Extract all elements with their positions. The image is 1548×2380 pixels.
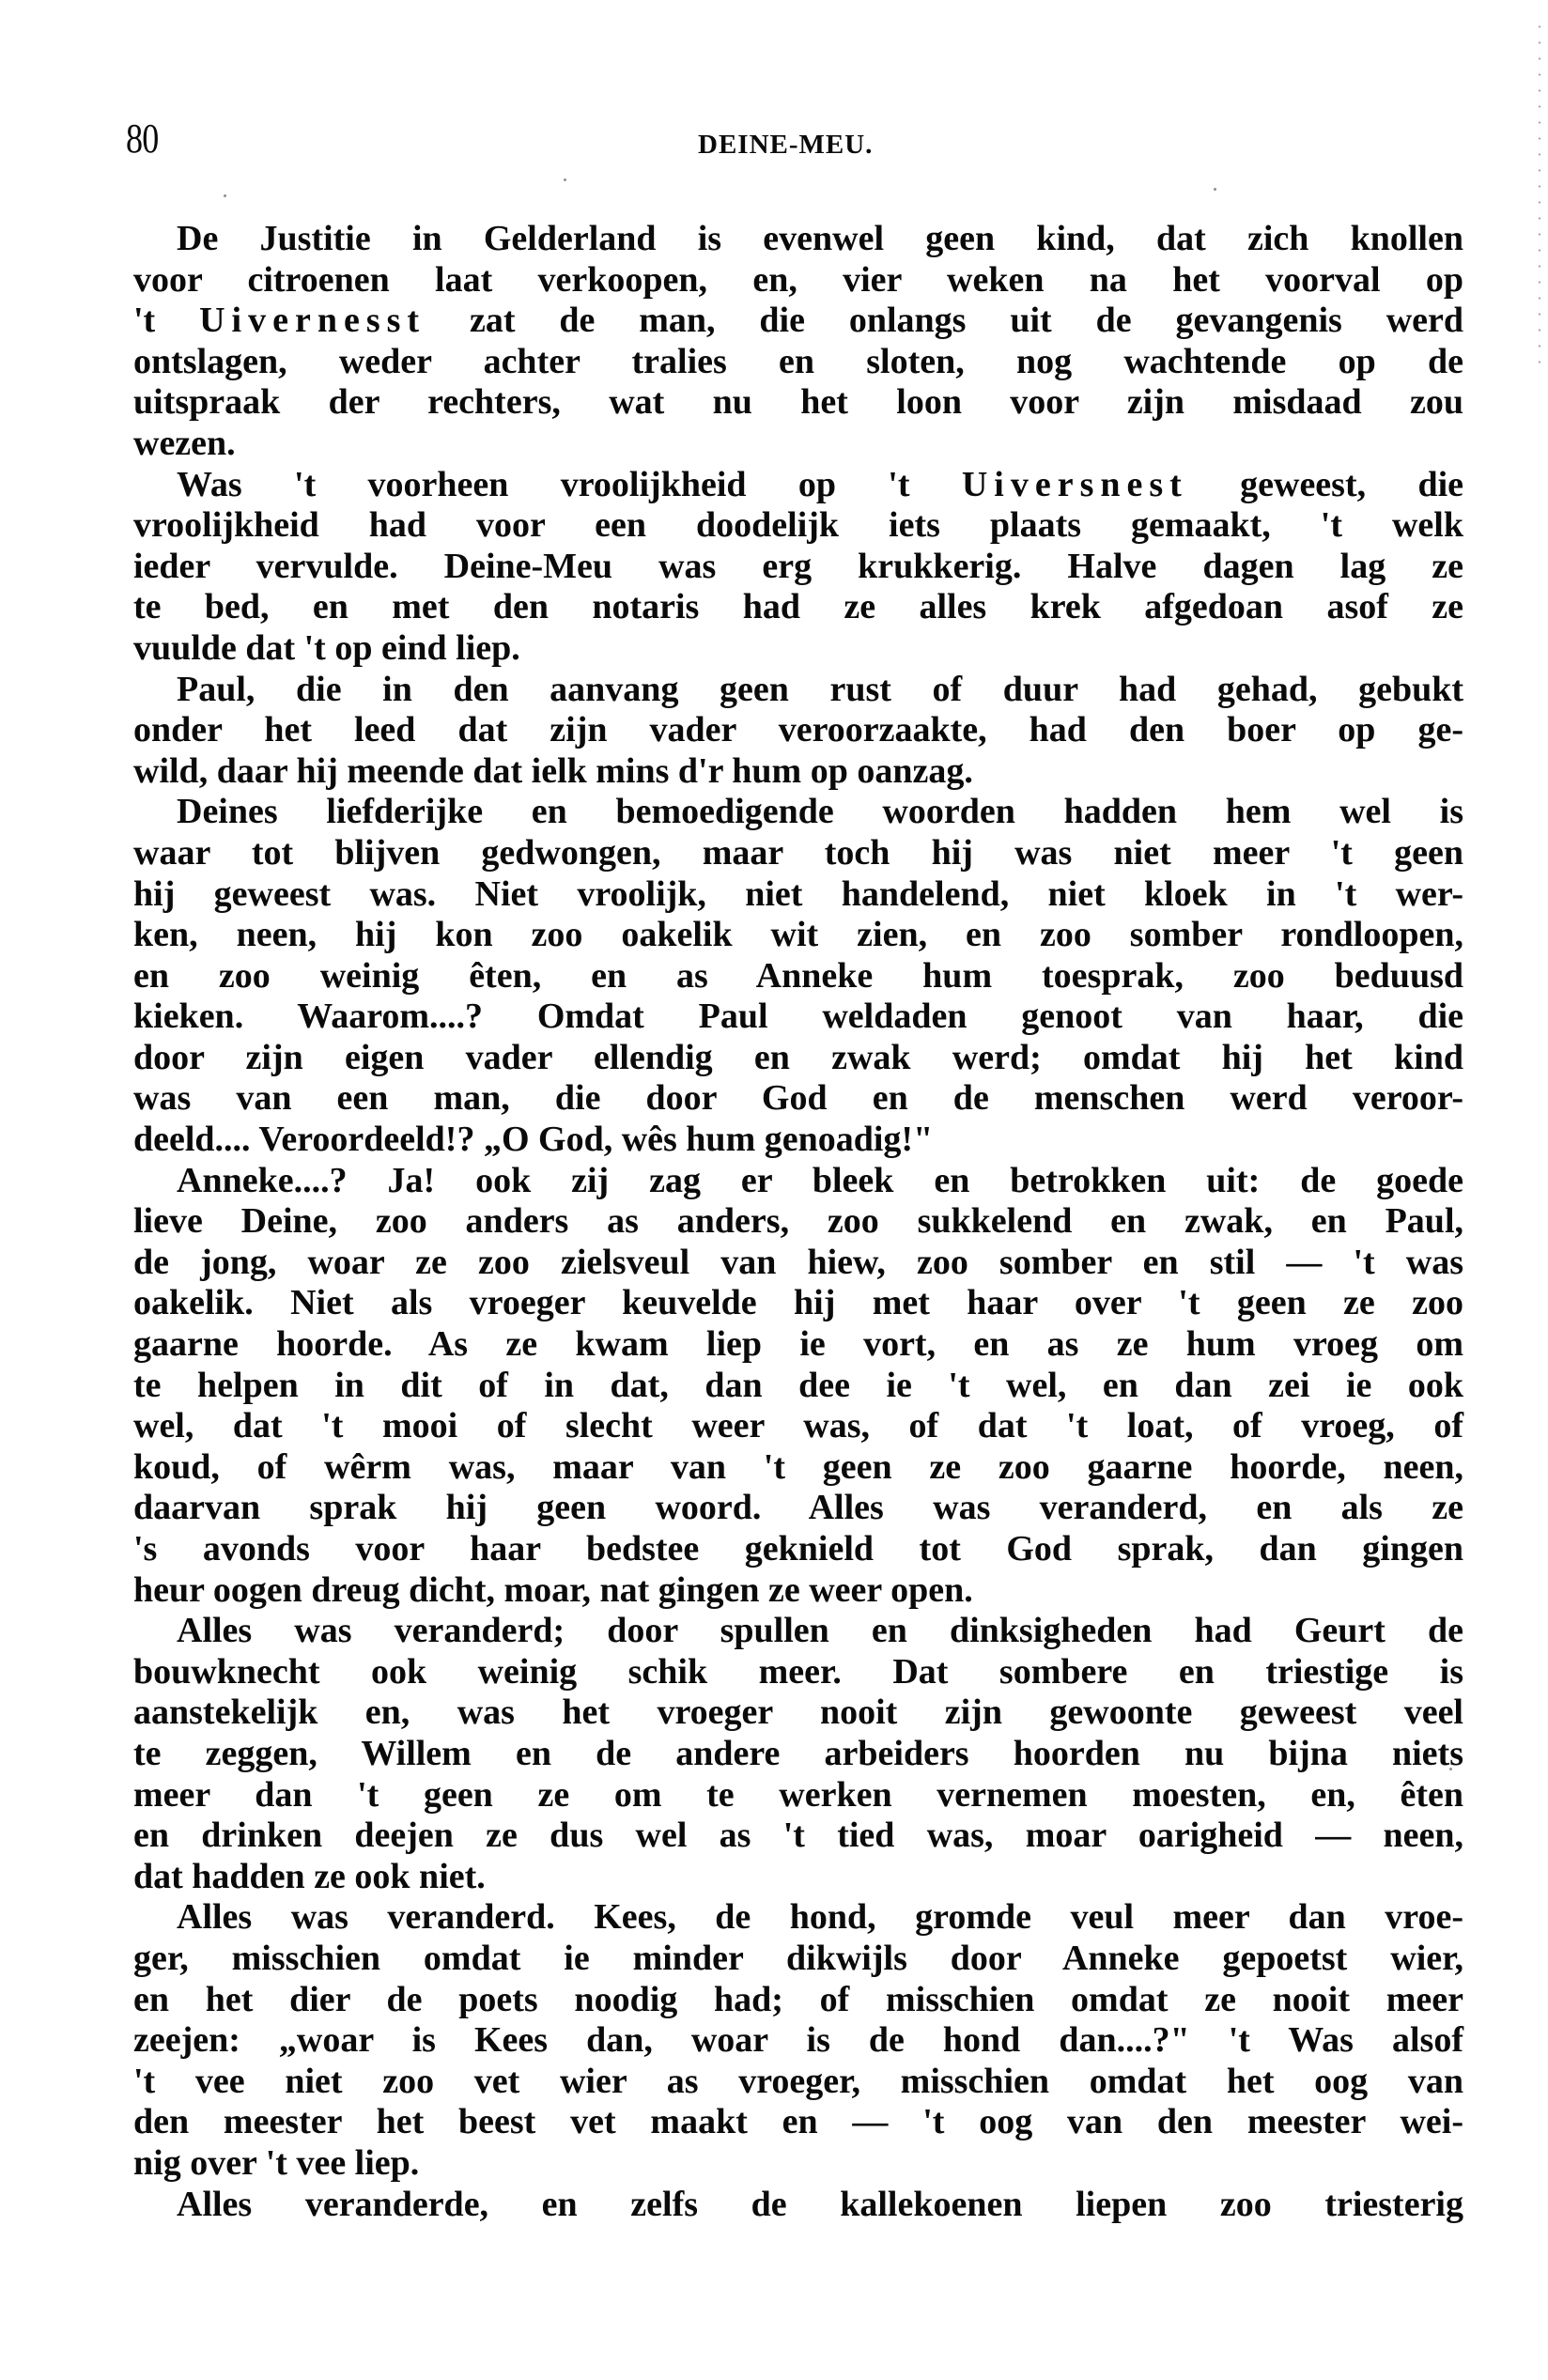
text-line-content: Alles veranderde, en zelfs de kallekoene… bbox=[177, 2185, 1463, 2226]
text-line-content: Deines liefderijke en bemoedigende woord… bbox=[177, 792, 1463, 833]
scan-speck bbox=[1214, 188, 1216, 191]
emphasized-word: Uiversnest bbox=[962, 465, 1188, 504]
text-line: te helpen in dit of in dat, dan dee ie '… bbox=[133, 1366, 1463, 1407]
scan-edge-noise bbox=[1537, 19, 1542, 376]
text-line: 's avonds voor haar bedstee geknield tot… bbox=[133, 1529, 1463, 1570]
text-line: aanstekelijk en, was het vroeger nooit z… bbox=[133, 1692, 1463, 1734]
text-line-content: deeld.... Veroordeeld!? „O God, wês hum … bbox=[133, 1120, 1463, 1161]
text-line: Alles veranderde, en zelfs de kallekoene… bbox=[133, 2185, 1463, 2226]
text-line-content: Alles was veranderd; door spullen en din… bbox=[177, 1611, 1463, 1652]
text-line: ger, misschien omdat ie minder dikwijls … bbox=[133, 1939, 1463, 1980]
text-line: Alles was veranderd. Kees, de hond, grom… bbox=[133, 1897, 1463, 1939]
text-line-content: de jong, woar ze zoo zielsveul van hiew,… bbox=[133, 1243, 1463, 1284]
text-line-content: aanstekelijk en, was het vroeger nooit z… bbox=[133, 1692, 1463, 1734]
text-line-content: waar tot blijven gedwongen, maar toch hi… bbox=[133, 833, 1463, 874]
text-line: vroolijkheid had voor een doodelijk iets… bbox=[133, 505, 1463, 547]
text-line: te zeggen, Willem en de andere arbeiders… bbox=[133, 1734, 1463, 1775]
text-line: kieken. Waarom....? Omdat Paul weldaden … bbox=[133, 997, 1463, 1038]
text-line: door zijn eigen vader ellendig en zwak w… bbox=[133, 1038, 1463, 1079]
text-line: en het dier de poets noodig had; of miss… bbox=[133, 1980, 1463, 2021]
text-line-content: vuulde dat 't op eind liep. bbox=[133, 628, 1463, 670]
text-line: lieve Deine, zoo anders as anders, zoo s… bbox=[133, 1201, 1463, 1243]
text-line-content: oakelik. Niet als vroeger keuvelde hij m… bbox=[133, 1283, 1463, 1324]
text-line-content: nig over 't vee liep. bbox=[133, 2143, 1463, 2185]
text-line: waar tot blijven gedwongen, maar toch hi… bbox=[133, 833, 1463, 874]
text-line: vuulde dat 't op eind liep. bbox=[133, 628, 1463, 670]
scan-speck bbox=[564, 178, 566, 181]
text-line: en zoo weinig êten, en as Anneke hum toe… bbox=[133, 956, 1463, 997]
text-line: 't Uivernesst zat de man, die onlangs ui… bbox=[133, 301, 1463, 342]
text-line: te bed, en met den notaris had ze alles … bbox=[133, 587, 1463, 628]
scan-speck bbox=[1449, 1768, 1452, 1770]
text-line: onder het leed dat zijn vader veroorzaak… bbox=[133, 710, 1463, 751]
text-line: deeld.... Veroordeeld!? „O God, wês hum … bbox=[133, 1120, 1463, 1161]
text-line: hij geweest was. Niet vroolijk, niet han… bbox=[133, 874, 1463, 916]
text-line: nig over 't vee liep. bbox=[133, 2143, 1463, 2185]
text-line-content: dat hadden ze ook niet. bbox=[133, 1857, 1463, 1898]
text-line-content: gaarne hoorde. As ze kwam liep ie vort, … bbox=[133, 1324, 1463, 1366]
text-line-content: ken, neen, hij kon zoo oakelik wit zien,… bbox=[133, 915, 1463, 956]
text-line: uitspraak der rechters, wat nu het loon … bbox=[133, 382, 1463, 424]
text-line-content: koud, of wêrm was, maar van 't geen ze z… bbox=[133, 1447, 1463, 1489]
text-line: en drinken deejen ze dus wel as 't tied … bbox=[133, 1816, 1463, 1857]
text-line-content: en zoo weinig êten, en as Anneke hum toe… bbox=[133, 956, 1463, 997]
text-line-content: was van een man, die door God en de mens… bbox=[133, 1078, 1463, 1120]
text-line-content: ieder vervulde. Deine-Meu was erg krukke… bbox=[133, 547, 1463, 588]
text-line: meer dan 't geen ze om te werken verneme… bbox=[133, 1775, 1463, 1816]
text-line: Deines liefderijke en bemoedigende woord… bbox=[133, 792, 1463, 833]
text-line: ontslagen, weder achter tralies en slote… bbox=[133, 342, 1463, 383]
text-line-content: ontslagen, weder achter tralies en slote… bbox=[133, 342, 1463, 383]
text-line: heur oogen dreug dicht, moar, nat gingen… bbox=[133, 1570, 1463, 1612]
text-line: daarvan sprak hij geen woord. Alles was … bbox=[133, 1488, 1463, 1529]
text-line: ken, neen, hij kon zoo oakelik wit zien,… bbox=[133, 915, 1463, 956]
text-line-content: daarvan sprak hij geen woord. Alles was … bbox=[133, 1488, 1463, 1529]
text-line: De Justitie in Gelderland is evenwel gee… bbox=[133, 219, 1463, 260]
text-line: wezen. bbox=[133, 424, 1463, 465]
text-line-content: onder het leed dat zijn vader veroorzaak… bbox=[133, 710, 1463, 751]
text-line-content: Alles was veranderd. Kees, de hond, grom… bbox=[177, 1897, 1463, 1939]
scan-speck bbox=[224, 194, 226, 197]
text-line-content: Paul, die in den aanvang geen rust of du… bbox=[177, 670, 1463, 711]
text-line: gaarne hoorde. As ze kwam liep ie vort, … bbox=[133, 1324, 1463, 1366]
text-line-content: uitspraak der rechters, wat nu het loon … bbox=[133, 382, 1463, 424]
text-line-content: Was 't voorheen vroolijkheid op 't Uiver… bbox=[177, 465, 1463, 506]
text-line-content: 's avonds voor haar bedstee geknield tot… bbox=[133, 1529, 1463, 1570]
text-line-content: en drinken deejen ze dus wel as 't tied … bbox=[133, 1816, 1463, 1857]
text-line-content: bouwknecht ook weinig schik meer. Dat so… bbox=[133, 1652, 1463, 1693]
text-line: zeejen: „woar is Kees dan, woar is de ho… bbox=[133, 2020, 1463, 2062]
text-line-content: wel, dat 't mooi of slecht weer was, of … bbox=[133, 1406, 1463, 1447]
text-line: de jong, woar ze zoo zielsveul van hiew,… bbox=[133, 1243, 1463, 1284]
text-line-content: zeejen: „woar is Kees dan, woar is de ho… bbox=[133, 2020, 1463, 2062]
text-line: was van een man, die door God en de mens… bbox=[133, 1078, 1463, 1120]
text-line-content: te bed, en met den notaris had ze alles … bbox=[133, 587, 1463, 628]
text-line-content: te zeggen, Willem en de andere arbeiders… bbox=[133, 1734, 1463, 1775]
text-line-content: te helpen in dit of in dat, dan dee ie '… bbox=[133, 1366, 1463, 1407]
text-line-content: hij geweest was. Niet vroolijk, niet han… bbox=[133, 874, 1463, 916]
text-line-content: door zijn eigen vader ellendig en zwak w… bbox=[133, 1038, 1463, 1079]
text-line: oakelik. Niet als vroeger keuvelde hij m… bbox=[133, 1283, 1463, 1324]
text-line: Anneke....? Ja! ook zij zag er bleek en … bbox=[133, 1161, 1463, 1202]
text-line: den meester het beest vet maakt en — 't … bbox=[133, 2102, 1463, 2143]
text-line-content: den meester het beest vet maakt en — 't … bbox=[133, 2102, 1463, 2143]
text-line-content: meer dan 't geen ze om te werken verneme… bbox=[133, 1775, 1463, 1816]
text-line-content: Anneke....? Ja! ook zij zag er bleek en … bbox=[177, 1161, 1463, 1202]
text-line: 't vee niet zoo vet wier as vroeger, mis… bbox=[133, 2062, 1463, 2103]
text-line-content: vroolijkheid had voor een doodelijk iets… bbox=[133, 505, 1463, 547]
text-line-content: wezen. bbox=[133, 424, 1463, 465]
emphasized-word: Uivernesst bbox=[199, 301, 426, 340]
text-line-content: De Justitie in Gelderland is evenwel gee… bbox=[177, 219, 1463, 260]
text-line-content: 't vee niet zoo vet wier as vroeger, mis… bbox=[133, 2062, 1463, 2103]
text-line: koud, of wêrm was, maar van 't geen ze z… bbox=[133, 1447, 1463, 1489]
page-number: 80 bbox=[126, 116, 158, 162]
text-line: Paul, die in den aanvang geen rust of du… bbox=[133, 670, 1463, 711]
text-line-content: 't Uivernesst zat de man, die onlangs ui… bbox=[133, 301, 1463, 342]
text-line-content: ger, misschien omdat ie minder dikwijls … bbox=[133, 1939, 1463, 1980]
text-line-content: wild, daar hij meende dat ielk mins d'r … bbox=[133, 751, 1463, 793]
text-line-content: kieken. Waarom....? Omdat Paul weldaden … bbox=[133, 997, 1463, 1038]
text-line: wel, dat 't mooi of slecht weer was, of … bbox=[133, 1406, 1463, 1447]
running-head: DEINE-MEU. bbox=[698, 130, 895, 160]
text-line-content: lieve Deine, zoo anders as anders, zoo s… bbox=[133, 1201, 1463, 1243]
text-line-content: en het dier de poets noodig had; of miss… bbox=[133, 1980, 1463, 2021]
text-line: Was 't voorheen vroolijkheid op 't Uiver… bbox=[133, 465, 1463, 506]
body-text: De Justitie in Gelderland is evenwel gee… bbox=[133, 219, 1463, 2225]
text-line-content: heur oogen dreug dicht, moar, nat gingen… bbox=[133, 1570, 1463, 1612]
text-line: Alles was veranderd; door spullen en din… bbox=[133, 1611, 1463, 1652]
text-line: voor citroenen laat verkoopen, en, vier … bbox=[133, 260, 1463, 301]
text-line-content: voor citroenen laat verkoopen, en, vier … bbox=[133, 260, 1463, 301]
text-line: wild, daar hij meende dat ielk mins d'r … bbox=[133, 751, 1463, 793]
text-line: ieder vervulde. Deine-Meu was erg krukke… bbox=[133, 547, 1463, 588]
text-line: dat hadden ze ook niet. bbox=[133, 1857, 1463, 1898]
text-line: bouwknecht ook weinig schik meer. Dat so… bbox=[133, 1652, 1463, 1693]
